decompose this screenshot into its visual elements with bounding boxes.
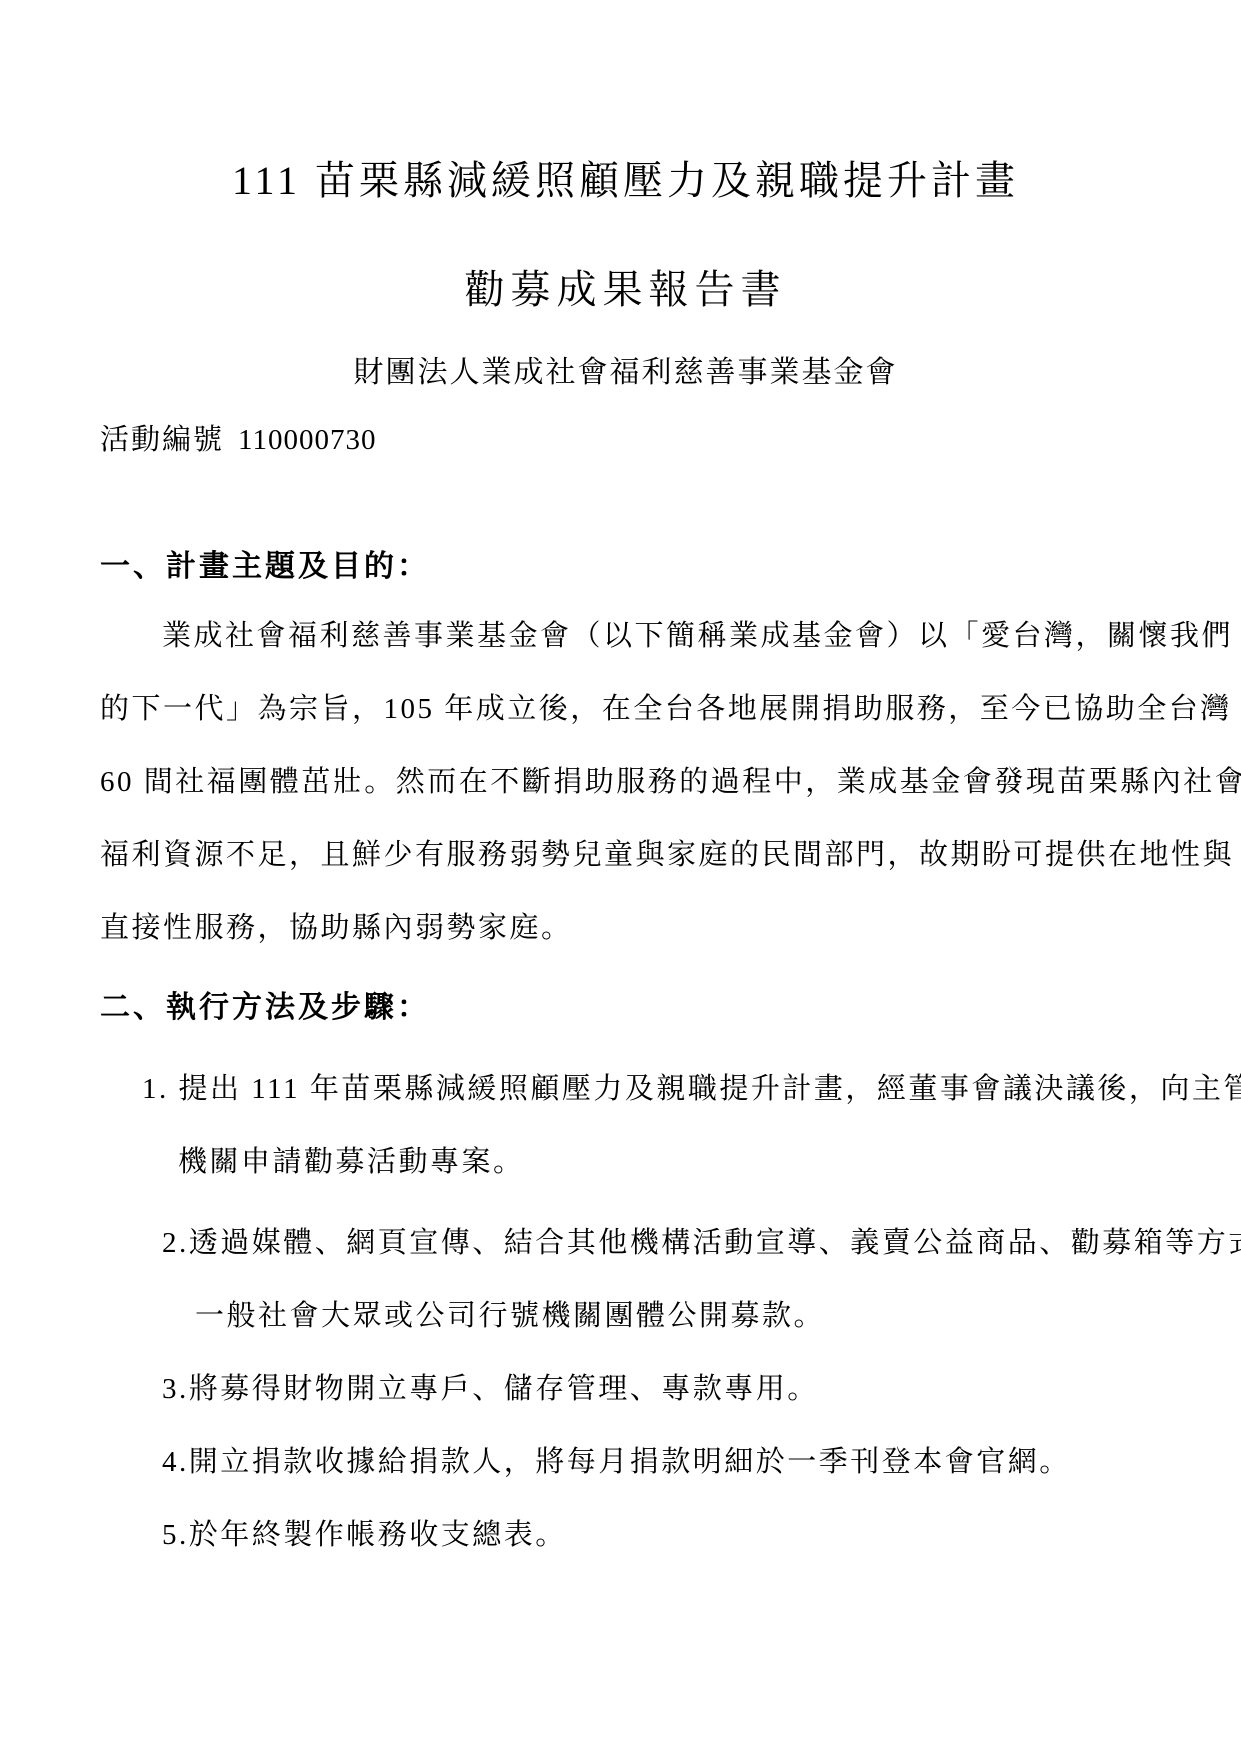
list-item-line: 5.於年終製作帳務收支總表。 [100, 1499, 1151, 1572]
list-item: 1. 提出 111 年苗栗縣減緩照顧壓力及親職提升計畫，經董事會議決議後，向主管… [100, 1053, 1151, 1199]
section1-heading: 一、計畫主題及目的： [100, 547, 1151, 587]
paragraph-line: 60 間社福團體茁壯。然而在不斷捐助服務的過程中，業成基金會發現苗栗縣內社會 [100, 746, 1151, 819]
list-item-line: 2.透過媒體、網頁宣傳、結合其他機構活動宣導、義賣公益商品、勸募箱等方式向 [100, 1207, 1151, 1280]
activity-number-label: 活動編號 [100, 424, 224, 456]
document-title: 111 苗栗縣減緩照顧壓力及親職提升計畫 [100, 155, 1151, 207]
activity-number-value: 110000730 [238, 424, 376, 456]
paragraph-line: 的下一代」為宗旨，105 年成立後，在全台各地展開捐助服務，至今已協助全台灣 [100, 673, 1151, 746]
section1-paragraph: 業成社會福利慈善事業基金會（以下簡稱業成基金會）以「愛台灣，關懷我們 的下一代」… [100, 600, 1151, 965]
list-item: 4.開立捐款收據給捐款人，將每月捐款明細於一季刊登本會官網。 [100, 1426, 1151, 1499]
paragraph-line: 業成社會福利慈善事業基金會（以下簡稱業成基金會）以「愛台灣，關懷我們 [100, 600, 1151, 673]
list-item: 3.將募得財物開立專戶、儲存管理、專款專用。 [100, 1353, 1151, 1426]
list-item: 5.於年終製作帳務收支總表。 [100, 1499, 1151, 1572]
list-item-line: 機關申請勸募活動專案。 [100, 1126, 1151, 1199]
list-item-line: 3.將募得財物開立專戶、儲存管理、專款專用。 [100, 1353, 1151, 1426]
document-page: 111 苗栗縣減緩照顧壓力及親職提升計畫 勸募成果報告書 財團法人業成社會福利慈… [0, 0, 1241, 1755]
section2-heading: 二、執行方法及步驟： [100, 988, 1151, 1028]
section2-steps-list: 1. 提出 111 年苗栗縣減緩照顧壓力及親職提升計畫，經董事會議決議後，向主管… [100, 1053, 1151, 1572]
list-item-line: 4.開立捐款收據給捐款人，將每月捐款明細於一季刊登本會官網。 [100, 1426, 1151, 1499]
paragraph-line: 福利資源不足，且鮮少有服務弱勢兒童與家庭的民間部門，故期盼可提供在地性與 [100, 819, 1151, 892]
document-subtitle: 勸募成果報告書 [100, 264, 1151, 316]
organization-name: 財團法人業成社會福利慈善事業基金會 [100, 354, 1151, 392]
activity-number-line: 活動編號110000730 [100, 421, 1151, 459]
list-item: 2.透過媒體、網頁宣傳、結合其他機構活動宣導、義賣公益商品、勸募箱等方式向 一般… [100, 1207, 1151, 1353]
list-item-line: 一般社會大眾或公司行號機關團體公開募款。 [100, 1280, 1151, 1353]
list-item-line: 1. 提出 111 年苗栗縣減緩照顧壓力及親職提升計畫，經董事會議決議後，向主管 [100, 1053, 1151, 1126]
document-content: 111 苗栗縣減緩照顧壓力及親職提升計畫 勸募成果報告書 財團法人業成社會福利慈… [0, 155, 1241, 1572]
paragraph-line: 直接性服務，協助縣內弱勢家庭。 [100, 892, 1151, 965]
